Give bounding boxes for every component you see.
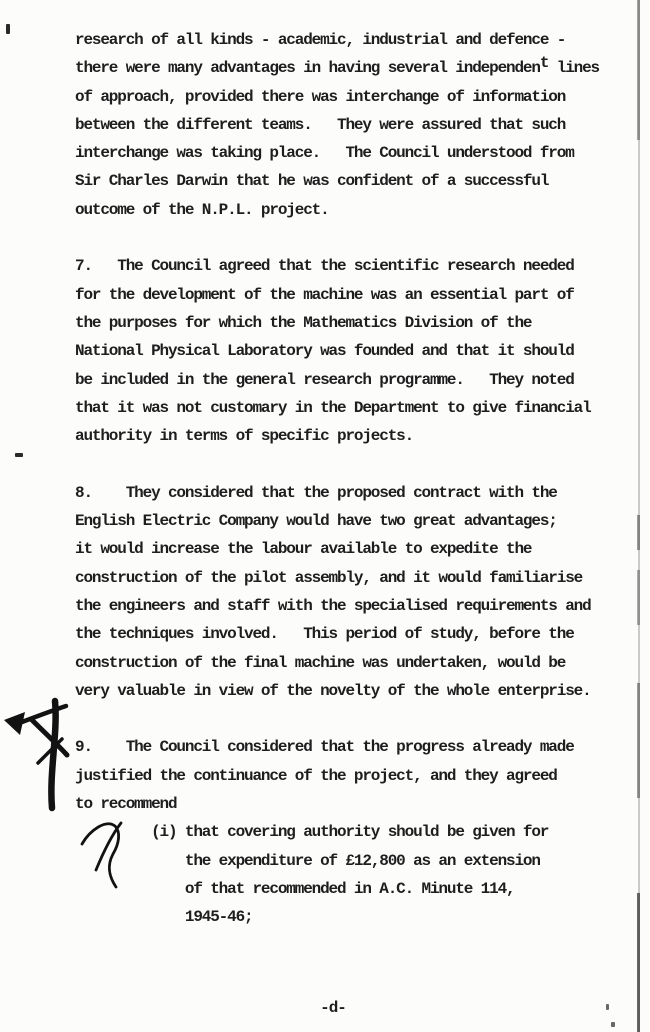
scan-edge-dash: [637, 683, 640, 798]
text-line: interchange was taking place. The Counci…: [75, 139, 620, 167]
para-9: 9. The Council considered that the progr…: [75, 733, 620, 931]
text-line: English Electric Company would have two …: [75, 507, 620, 535]
text-line: (i) that covering authority should be gi…: [75, 818, 620, 846]
text-line: for the development of the machine was a…: [75, 281, 620, 309]
text-line: construction of the final machine was un…: [75, 649, 620, 677]
scan-speck: [611, 1022, 615, 1027]
scan-edge-dash: [637, 893, 640, 1032]
document-page: research of all kinds - academic, indust…: [0, 0, 650, 1032]
text-line: be included in the general research prog…: [75, 366, 620, 394]
text-line: 7. The Council agreed that the scientifi…: [75, 252, 620, 280]
text-line: 1945-46;: [75, 903, 620, 931]
text-line: the engineers and staff with the special…: [75, 592, 620, 620]
text-line: to recommend: [75, 790, 620, 818]
raised-character: t: [540, 54, 548, 72]
text-line: National Physical Laboratory was founded…: [75, 337, 620, 365]
scan-edge-dash: [637, 570, 640, 625]
text-line: outcome of the N.P.L. project.: [75, 196, 620, 224]
scan-speck: [6, 24, 10, 34]
text-line: of that recommended in A.C. Minute 114,: [75, 875, 620, 903]
text-line: there were many advantages in having sev…: [75, 54, 620, 82]
page-number: -d-: [0, 999, 650, 1017]
scan-edge-dash: [637, 515, 640, 550]
handwritten-cross-mark: [4, 701, 67, 808]
para-8: 8. They considered that the proposed con…: [75, 479, 620, 705]
scan-edge-dash: [637, 0, 640, 140]
para-7: 7. The Council agreed that the scientifi…: [75, 252, 620, 450]
text-line: between the different teams. They were a…: [75, 111, 620, 139]
text-line: the purposes for which the Mathematics D…: [75, 309, 620, 337]
text-line: that it was not customary in the Departm…: [75, 394, 620, 422]
text-line: 8. They considered that the proposed con…: [75, 479, 620, 507]
text-line: authority in terms of specific projects.: [75, 422, 620, 450]
text-line: justified the continuance of the project…: [75, 762, 620, 790]
text-line: it would increase the labour available t…: [75, 535, 620, 563]
para-continuation: research of all kinds - academic, indust…: [75, 26, 620, 224]
scan-speck: [606, 1004, 609, 1010]
document-body: research of all kinds - academic, indust…: [75, 26, 620, 960]
text-line: construction of the pilot assembly, and …: [75, 564, 620, 592]
scan-speck: [15, 453, 23, 457]
text-line: Sir Charles Darwin that he was confident…: [75, 167, 620, 195]
text-line: the expenditure of £12,800 as an extensi…: [75, 847, 620, 875]
text-line: very valuable in view of the novelty of …: [75, 677, 620, 705]
text-line: research of all kinds - academic, indust…: [75, 26, 620, 54]
text-line: the techniques involved. This period of …: [75, 620, 620, 648]
text-line: 9. The Council considered that the progr…: [75, 733, 620, 761]
text-line: of approach, provided there was intercha…: [75, 83, 620, 111]
